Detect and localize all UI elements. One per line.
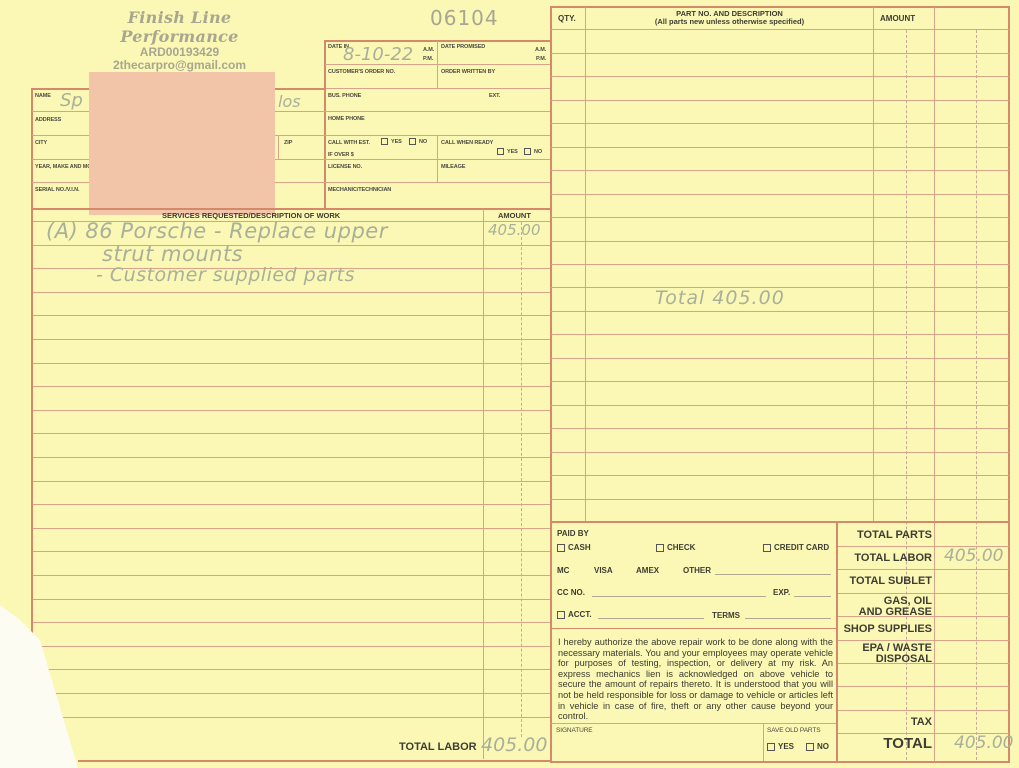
license-no-label: LICENSE NO. [328, 164, 362, 170]
authorization-text: I hereby authorize the above repair work… [558, 637, 833, 722]
call-when-ready-label: CALL WHEN READY [441, 140, 493, 146]
serial-vin-label: SERIAL NO./V.I.N. [35, 187, 79, 193]
part-desc-header: PART NO. AND DESCRIPTION (All parts new … [586, 10, 873, 26]
checkbox[interactable] [557, 544, 565, 552]
shop-supplies-label: SHOP SUPPLIES [840, 624, 932, 635]
checkbox[interactable] [763, 544, 771, 552]
signature-field[interactable] [556, 736, 760, 760]
customers-order-no-label: CUSTOMER'S ORDER NO. [328, 69, 395, 75]
name-value-end[interactable]: los [278, 92, 301, 111]
call-ready-yes[interactable]: YES [497, 148, 518, 155]
checkbox[interactable] [806, 743, 814, 751]
card-mc[interactable]: MC [557, 566, 569, 575]
pay-cash-option[interactable]: CASH [557, 543, 591, 552]
signature-label: SIGNATURE [556, 727, 593, 734]
call-est-no[interactable]: NO [409, 138, 427, 145]
left-total-labor-label: TOTAL LABOR [399, 741, 477, 753]
shop-name: Finish Line Performance [82, 8, 277, 46]
service-line-amount[interactable]: 405.00 [488, 221, 541, 239]
checkbox[interactable] [767, 743, 775, 751]
pay-check-option[interactable]: CHECK [656, 543, 695, 552]
card-visa[interactable]: VISA [594, 566, 613, 575]
call-with-est-label: CALL WITH EST. [328, 140, 370, 146]
cc-no-label: CC NO. [557, 588, 585, 597]
card-amex[interactable]: AMEX [636, 566, 659, 575]
checkbox[interactable] [557, 611, 565, 619]
mileage-label: MILEAGE [441, 164, 465, 170]
total-parts-label: TOTAL PARTS [840, 530, 932, 541]
acct-field[interactable] [598, 618, 704, 619]
terms-label: TERMS [712, 611, 740, 620]
checkbox[interactable] [524, 148, 531, 155]
parts-total-note[interactable]: Total 405.00 [655, 287, 785, 309]
sticky-note-redaction [89, 72, 275, 215]
mechanic-label: MECHANIC/TECHNICIAN [328, 187, 391, 193]
date-promised-label: DATE PROMISED [441, 44, 485, 50]
tax-label: TAX [840, 717, 932, 728]
card-other[interactable]: OTHER [683, 566, 711, 575]
acct-option[interactable]: ACCT. [557, 610, 592, 619]
parts-amount-header: AMOUNT [880, 14, 915, 23]
ext-label: EXT. [489, 93, 500, 99]
service-line-2[interactable]: strut mounts [102, 242, 243, 266]
exp-field[interactable] [794, 596, 831, 597]
name-value-start[interactable]: Sp [60, 90, 83, 111]
date-in-am: A.M. [423, 47, 434, 53]
epa-waste-label: EPA / WASTE DISPOSAL [840, 643, 932, 665]
save-parts-yes[interactable]: YES [767, 742, 794, 751]
services-left-border [31, 208, 33, 638]
city-label: CITY [35, 140, 47, 146]
total-labor-value[interactable]: 405.00 [944, 546, 1003, 566]
home-phone-label: HOME PHONE [328, 116, 365, 122]
total-label: TOTAL [840, 738, 932, 749]
services-amount-header: AMOUNT [498, 211, 531, 220]
checkbox[interactable] [409, 138, 416, 145]
order-written-by-label: ORDER WRITTEN BY [441, 69, 495, 75]
service-line-3[interactable]: - Customer supplied parts [96, 264, 355, 286]
date-in-pm: P.M. [423, 56, 433, 62]
year-make-model-label: YEAR, MAKE AND MO [35, 164, 91, 170]
left-total-labor-value[interactable]: 405.00 [481, 734, 547, 756]
qty-header: QTY. [558, 14, 576, 23]
name-label: NAME [35, 93, 51, 99]
pay-credit-card-option[interactable]: CREDIT CARD [763, 543, 829, 552]
if-over-label: IF OVER $ [328, 152, 354, 158]
total-value[interactable]: 405.00 [954, 733, 1013, 753]
checkbox[interactable] [381, 138, 388, 145]
exp-label: EXP. [773, 588, 790, 597]
save-old-parts-label: SAVE OLD PARTS [767, 727, 821, 734]
checkbox[interactable] [656, 544, 664, 552]
date-in-value[interactable]: 8-10-22 [343, 44, 413, 65]
terms-field[interactable] [745, 618, 831, 619]
call-est-yes[interactable]: YES [381, 138, 402, 145]
gas-oil-grease-label: GAS, OIL AND GREASE [840, 596, 932, 618]
zip-label: ZIP [284, 140, 292, 146]
date-promised-pm: P.M. [536, 56, 546, 62]
bus-phone-label: BUS. PHONE [328, 93, 361, 99]
repair-order-form: Finish Line Performance ARD00193429 2the… [0, 0, 1019, 768]
date-promised-am: A.M. [535, 47, 546, 53]
order-number: 06104 [430, 6, 499, 30]
total-sublet-label: TOTAL SUBLET [840, 576, 932, 587]
other-field[interactable] [715, 574, 831, 575]
paid-by-label: PAID BY [557, 529, 589, 538]
checkbox[interactable] [497, 148, 504, 155]
total-labor-label: TOTAL LABOR [840, 553, 932, 564]
address-label: ADDRESS [35, 117, 61, 123]
cc-no-field[interactable] [592, 596, 766, 597]
call-ready-no[interactable]: NO [524, 148, 542, 155]
service-line-1[interactable]: (A) 86 Porsche - Replace upper [46, 219, 388, 243]
save-parts-no[interactable]: NO [806, 742, 829, 751]
